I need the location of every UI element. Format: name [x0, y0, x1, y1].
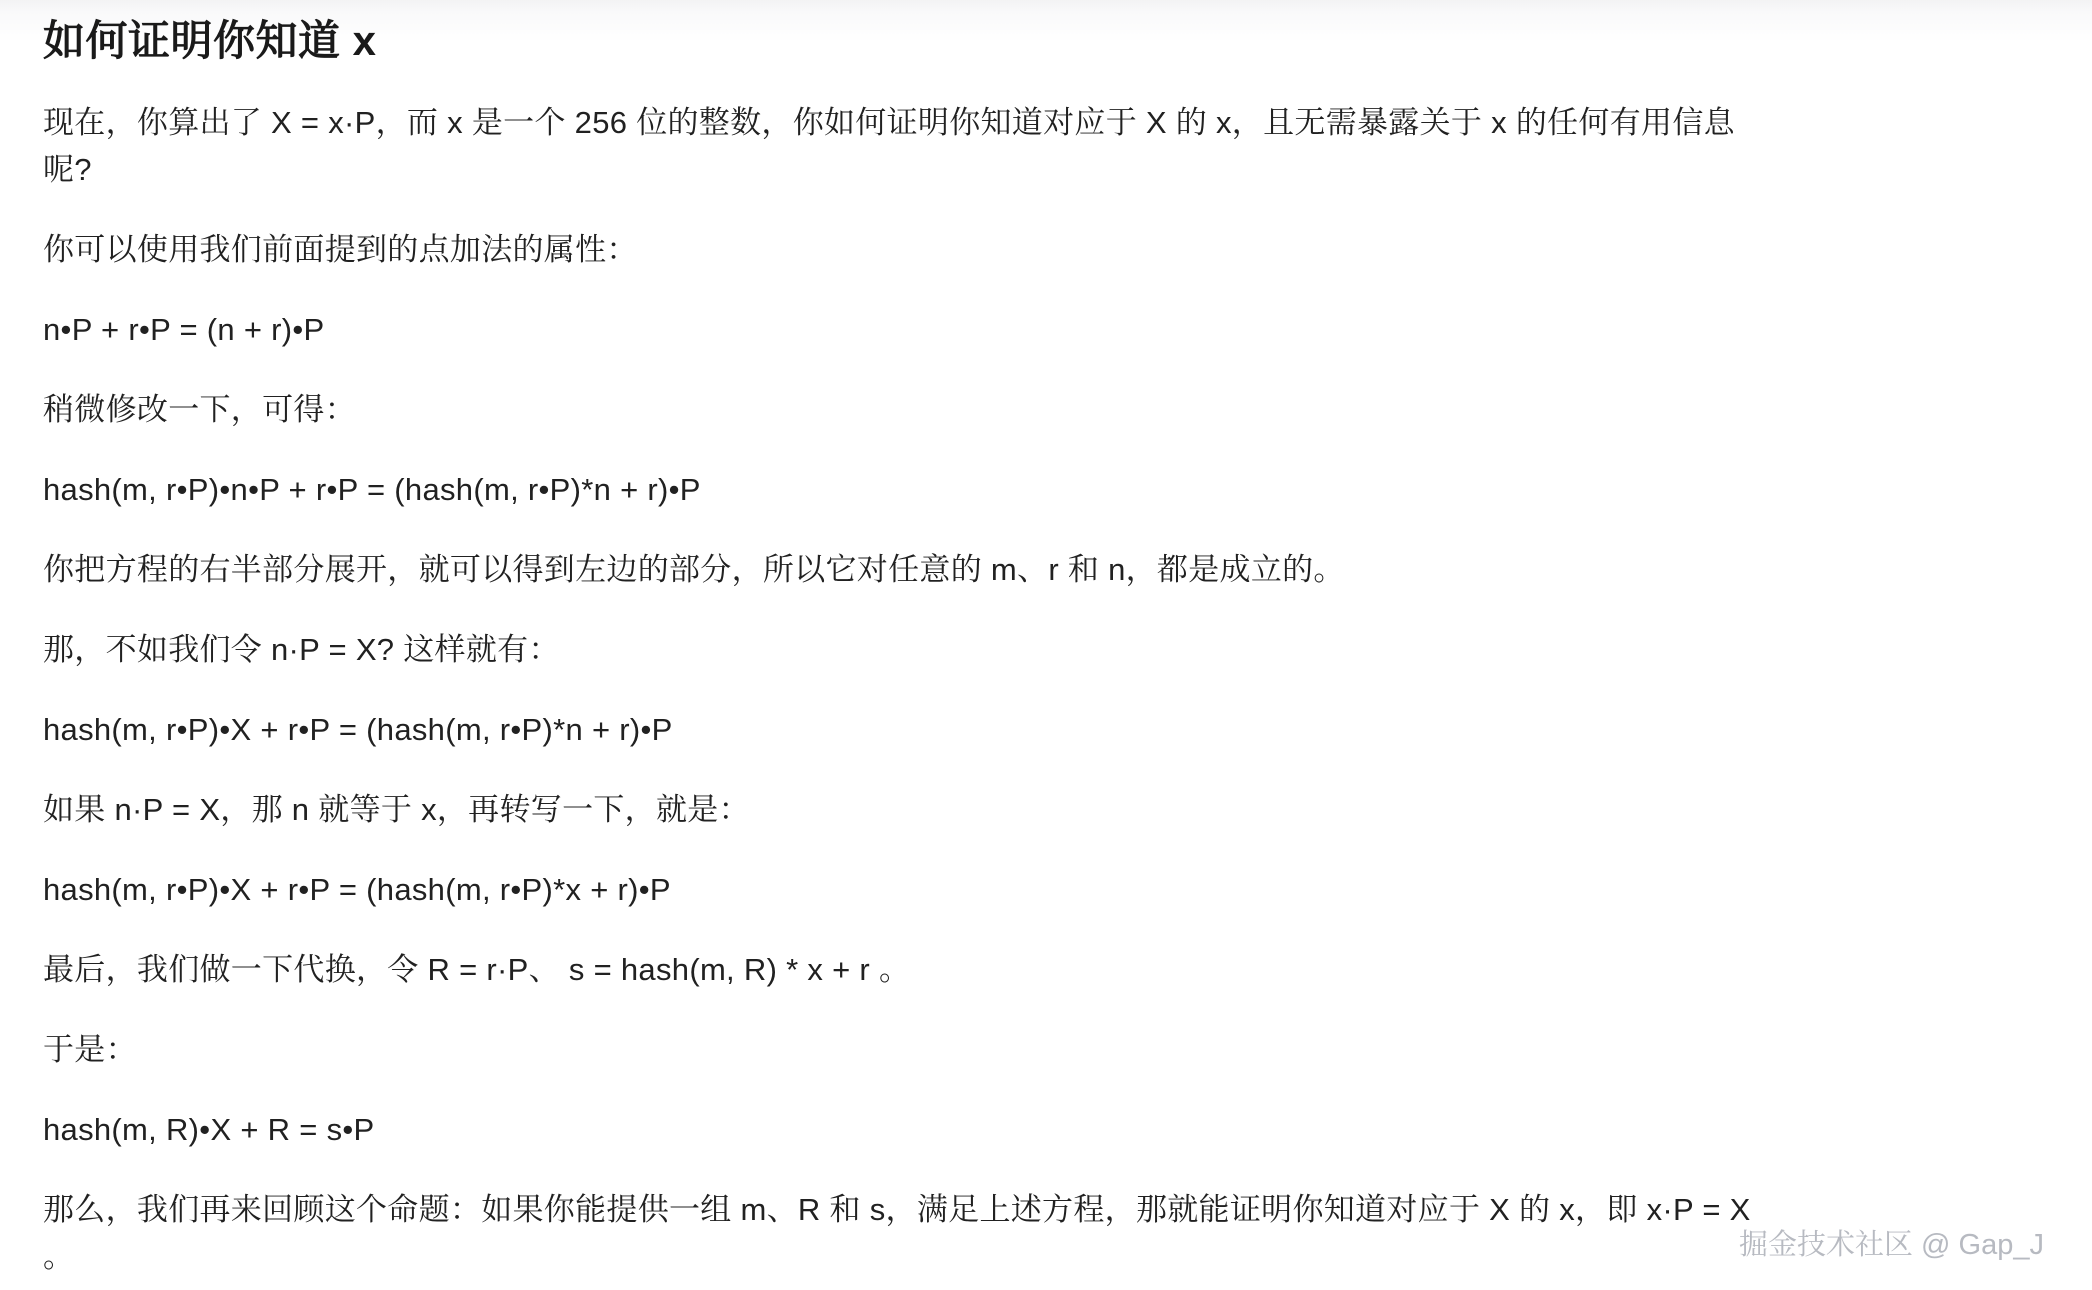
text-line: 呢? [43, 146, 2042, 193]
paragraph-substitution: 最后，我们做一下代换，令 R = r·P、 s = hash(m, R) * x… [43, 946, 2042, 993]
formula-hash-n: hash(m, r•P)•n•P + r•P = (hash(m, r•P)*n… [43, 466, 2042, 513]
text-line: 你把方程的右半部分展开，就可以得到左边的部分，所以它对任意的 m、r 和 n，都… [43, 546, 2042, 593]
text-line: 于是： [43, 1026, 2042, 1073]
paragraph-expand-explanation: 你把方程的右半部分展开，就可以得到左边的部分，所以它对任意的 m、r 和 n，都… [43, 546, 2042, 593]
text-line: 你可以使用我们前面提到的点加法的属性： [43, 226, 2042, 273]
paragraph-n-equals-x: 如果 n·P = X，那 n 就等于 x，再转写一下，就是： [43, 786, 2042, 833]
paragraph-point-addition-intro: 你可以使用我们前面提到的点加法的属性： [43, 226, 2042, 273]
page-title: 如何证明你知道 x [43, 12, 2042, 69]
text-line: 那么，我们再来回顾这个命题：如果你能提供一组 m、R 和 s，满足上述方程，那就… [43, 1186, 2042, 1233]
text-line: 如果 n·P = X，那 n 就等于 x，再转写一下，就是： [43, 786, 2042, 833]
paragraph-thus: 于是： [43, 1026, 2042, 1073]
formula-line: hash(m, r•P)•X + r•P = (hash(m, r•P)*n +… [43, 706, 2042, 753]
formula-final: hash(m, R)•X + R = s•P [43, 1106, 2042, 1153]
formula-hash-x-n: hash(m, r•P)•X + r•P = (hash(m, r•P)*n +… [43, 706, 2042, 753]
article-page: 如何证明你知道 x 现在，你算出了 X = x·P，而 x 是一个 256 位的… [0, 0, 2092, 1290]
paragraph-modify-intro: 稍微修改一下，可得： [43, 386, 2042, 433]
formula-line: n•P + r•P = (n + r)•P [43, 306, 2042, 353]
formula-hash-x-x: hash(m, r•P)•X + r•P = (hash(m, r•P)*x +… [43, 866, 2042, 913]
formula-line: hash(m, R)•X + R = s•P [43, 1106, 2042, 1153]
paragraph-intro: 现在，你算出了 X = x·P，而 x 是一个 256 位的整数，你如何证明你知… [43, 99, 2042, 193]
text-line: 稍微修改一下，可得： [43, 386, 2042, 433]
paragraph-let-np-equal-x: 那，不如我们令 n·P = X? 这样就有： [43, 626, 2042, 673]
juejin-watermark: 掘金技术社区 @ Gap_J [1739, 1228, 2044, 1262]
formula-line: hash(m, r•P)•n•P + r•P = (hash(m, r•P)*n… [43, 466, 2042, 513]
formula-line: hash(m, r•P)•X + r•P = (hash(m, r•P)*x +… [43, 866, 2042, 913]
text-line: 现在，你算出了 X = x·P，而 x 是一个 256 位的整数，你如何证明你知… [43, 99, 2042, 146]
text-line: 最后，我们做一下代换，令 R = r·P、 s = hash(m, R) * x… [43, 946, 2042, 993]
text-line: 那，不如我们令 n·P = X? 这样就有： [43, 626, 2042, 673]
formula-point-addition: n•P + r•P = (n + r)•P [43, 306, 2042, 353]
